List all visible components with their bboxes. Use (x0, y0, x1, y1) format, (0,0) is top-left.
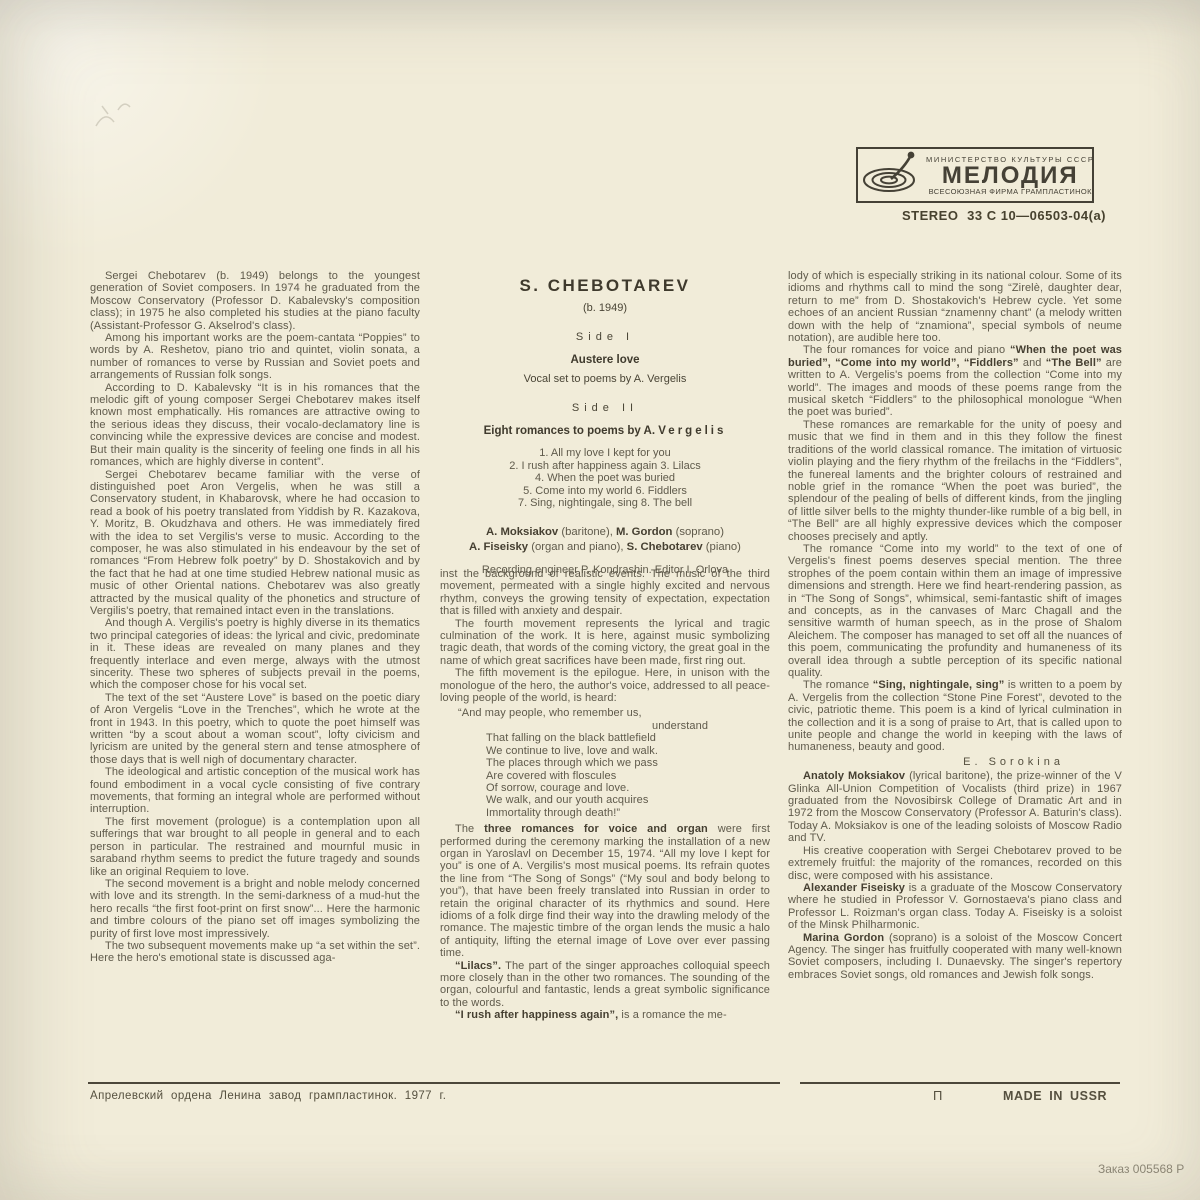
paragraph: The romance “Come into my world” to the … (788, 543, 1122, 679)
composer-birth-year: (b. 1949) (440, 302, 770, 314)
record-sleeve-back: МИНИСТЕРСТВО КУЛЬТУРЫ СССР МЕЛОДИЯ ВСЕСО… (0, 0, 1200, 1200)
paragraph: Sergei Chebotarev became familiar with t… (90, 469, 420, 618)
print-order-number: Заказ 005568 Р (1098, 1162, 1184, 1176)
side2-work-title: Eight romances to poems by A. Vergelis (440, 425, 770, 437)
track-line: 4. When the poet was buried (440, 472, 770, 485)
side1-work-title: Austere love (440, 354, 770, 366)
paragraph: inst the background of realistic events.… (440, 568, 770, 618)
side2-title-text: Eight romances to poems by A. (484, 425, 659, 437)
verse-line: The places through which we pass (486, 757, 770, 769)
paragraph: Alexander Fiseisky is a graduate of the … (788, 882, 1122, 932)
paragraph: The four romances for voice and piano “W… (788, 344, 1122, 418)
paragraph: lody of which is especially striking in … (788, 270, 1122, 344)
paragraph: The second movement is a bright and nobl… (90, 878, 420, 940)
paragraph: These romances are remarkable for the un… (788, 419, 1122, 543)
paragraph: The three romances for voice and organ w… (440, 823, 770, 959)
melodiya-record-icon (858, 150, 926, 200)
paragraph: Among his important works are the poem-c… (90, 332, 420, 382)
paragraph: And though A. Vergilis's poetry is highl… (90, 617, 420, 691)
left-text-column: Sergei Chebotarev (b. 1949) belongs to t… (90, 270, 420, 965)
paragraph: His creative cooperation with Sergei Che… (788, 845, 1122, 882)
verse-line: “And may people, who remember us, (458, 707, 770, 719)
made-in-ussr-label: MADE IN USSR (1003, 1089, 1107, 1103)
side2-poet-name: Vergelis (658, 425, 726, 437)
composer-name: S. CHEBOTAREV (440, 276, 770, 296)
performer-line: A. Fiseisky (organ and piano), S. Chebot… (440, 540, 770, 555)
poem-quotation: “And may people, who remember us, unders… (486, 707, 770, 819)
verse-line: Are covered with floscules (486, 770, 770, 782)
album-heading-block: S. CHEBOTAREV (b. 1949) Side I Austere l… (440, 276, 770, 576)
stereo-label: STEREO (902, 208, 958, 223)
verse-line: understand (652, 720, 770, 732)
paragraph: “Lilacs”. The part of the singer approac… (440, 960, 770, 1010)
paragraph: The fifth movement is the epilogue. Here… (440, 667, 770, 704)
footer-divider-rule (88, 1082, 780, 1084)
paragraph: According to D. Kabalevsky “It is in his… (90, 382, 420, 469)
paragraph: The ideological and artistic conception … (90, 766, 420, 816)
melodiya-logo-text: МИНИСТЕРСТВО КУЛЬТУРЫ СССР МЕЛОДИЯ ВСЕСО… (926, 155, 1099, 196)
track-line: 5. Come into my world 6. Fiddlers (440, 485, 770, 498)
author-signature: E. Sorokina (788, 756, 1122, 768)
p-copyright-mark: П (933, 1088, 942, 1103)
side1-label: Side I (440, 331, 770, 343)
footer-divider-rule (800, 1082, 1120, 1084)
catalog-line: STEREO 33 C 10—06503-04(a) (856, 208, 1106, 223)
melodiya-logo: МИНИСТЕРСТВО КУЛЬТУРЫ СССР МЕЛОДИЯ ВСЕСО… (856, 147, 1094, 203)
paragraph: The text of the set “Austere Love” is ba… (90, 692, 420, 766)
brand-name: МЕЛОДИЯ (926, 164, 1095, 187)
pressing-plant-credit: Апрелевский ордена Ленина завод грамплас… (90, 1090, 446, 1102)
track-line: 1. All my love I kept for you (440, 447, 770, 460)
track-line: 7. Sing, nightingale, sing 8. The bell (440, 497, 770, 510)
verse-line: We walk, and our youth acquires (486, 794, 770, 806)
paragraph: The first movement (prologue) is a conte… (90, 816, 420, 878)
verse-line: We continue to live, love and walk. (486, 745, 770, 757)
paragraph: The romance “Sing, nightingale, sing” is… (788, 679, 1122, 753)
center-text-column: inst the background of realistic events.… (440, 568, 770, 1022)
side2-label: Side II (440, 402, 770, 414)
track-list: 1. All my love I kept for you 2. I rush … (440, 447, 770, 510)
paragraph: Anatoly Moksiakov (lyrical baritone), th… (788, 770, 1122, 844)
verse-line: That falling on the black battlefield (486, 732, 770, 744)
pencil-mark (88, 92, 150, 144)
verse-line: Immortality through death!” (486, 807, 770, 819)
performers-block: A. Moksiakov (baritone), M. Gordon (sopr… (440, 525, 770, 555)
catalog-number: 33 C 10—06503-04(a) (967, 208, 1106, 223)
paragraph: The fourth movement represents the lyric… (440, 618, 770, 668)
paragraph: “I rush after happiness again”, is a rom… (440, 1009, 770, 1021)
paragraph: The two subsequent movements make up “a … (90, 940, 420, 965)
paragraph: Marina Gordon (soprano) is a soloist of … (788, 932, 1122, 982)
right-text-column: lody of which is especially striking in … (788, 270, 1122, 981)
track-line: 2. I rush after happiness again 3. Lilac… (440, 460, 770, 473)
side1-work-subtitle: Vocal set to poems by A. Vergelis (440, 373, 770, 385)
performer-line: A. Moksiakov (baritone), M. Gordon (sopr… (440, 525, 770, 540)
verse-line: Of sorrow, courage and love. (486, 782, 770, 794)
firm-label: ВСЕСОЮЗНАЯ ФИРМА ГРАМПЛАСТИНОК (926, 187, 1095, 196)
paragraph: Sergei Chebotarev (b. 1949) belongs to t… (90, 270, 420, 332)
